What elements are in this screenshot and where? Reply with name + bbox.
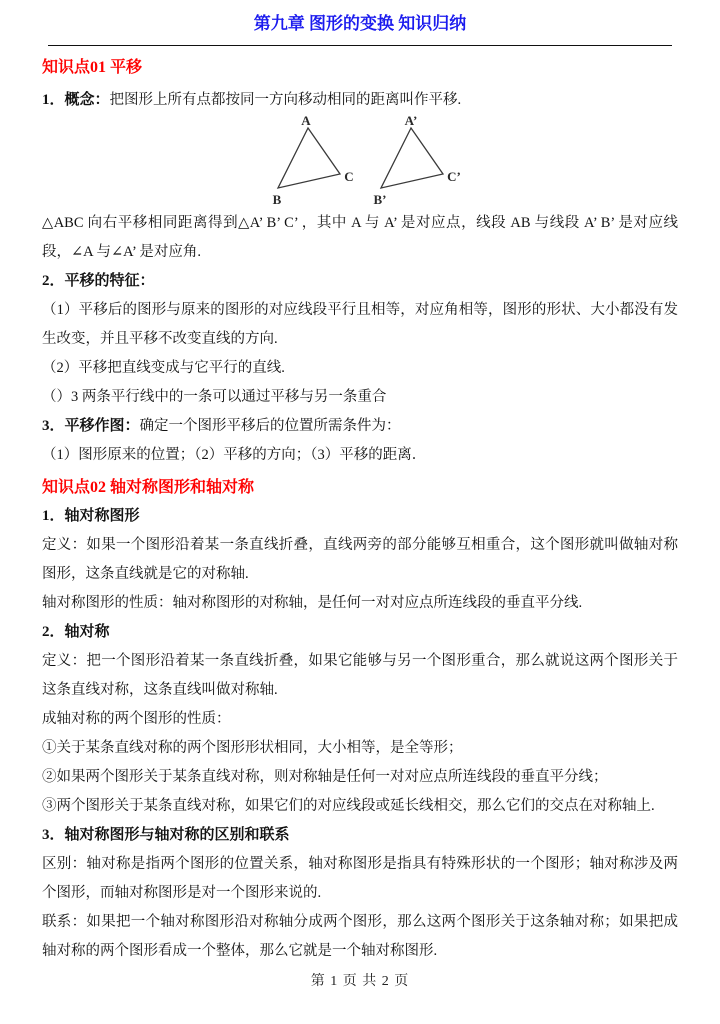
concept-text: 把图形上所有点都按同一方向移动相同的距离叫作平移. (110, 92, 462, 108)
triangles-figure: A B C A’ B’ C’ (253, 115, 467, 209)
vertex-label-a-prime: A’ (405, 115, 418, 128)
translation-example-paragraph: △ABC 向右平移相同距离得到△A’ B’ C’ ，其中 A 与 A’ 是对应点… (42, 209, 678, 267)
feature-item-2: （2）平移把直线变成与它平行的直线. (42, 354, 678, 383)
kp2-sub2-definition: 定义：把一个图形沿着某一条直线折叠，如果它能够与另一个图形重合，那么就说这两个图… (42, 647, 678, 705)
translation-diagram: A B C A’ B’ C’ (42, 115, 678, 209)
drawing-conditions: （1）图形原来的位置；（2）平移的方向；（3）平移的距离． (42, 441, 678, 470)
kp2-sub3-link: 联系：如果把一个轴对称图形沿对称轴分成两个图形，那么这两个图形关于这条轴对称；如… (42, 908, 678, 966)
kp2-sub2-prop-1: ①关于某条直线对称的两个图形形状相同，大小相等，是全等形； (42, 734, 678, 763)
triangle-a1b1c1 (381, 128, 443, 188)
concept-label: 1．概念： (42, 92, 110, 108)
kp2-sub1-definition: 定义：如果一个图形沿着某一条直线折叠，直线两旁的部分能够互相重合，这个图形就叫做… (42, 531, 678, 589)
vertex-label-b: B (273, 192, 282, 207)
kp2-sub3-title: 3．轴对称图形与轴对称的区别和联系 (42, 821, 678, 850)
feature-item-1: （1）平移后的图形与原来的图形的对应线段平行且相等，对应角相等，图形的形状、大小… (42, 296, 678, 354)
title-divider (48, 45, 672, 46)
triangle-abc (278, 128, 340, 188)
kp2-sub2-props-intro: 成轴对称的两个图形的性质： (42, 705, 678, 734)
kp2-sub2-title: 2．轴对称 (42, 618, 678, 647)
drawing-text: 确定一个图形平移后的位置所需条件为： (140, 418, 401, 434)
kp2-sub1-property: 轴对称图形的性质：轴对称图形的对称轴，是任何一对对应点所连线段的垂直平分线. (42, 589, 678, 618)
drawing-label: 3．平移作图： (42, 418, 140, 434)
vertex-label-c: C (344, 169, 353, 184)
page-title: 第九章 图形的变换 知识归纳 (0, 0, 720, 36)
kp2-sub2-prop-2: ②如果两个图形关于某条直线对称，则对称轴是任何一对对应点所连线段的垂直平分线； (42, 763, 678, 792)
kp2-sub1-title: 1．轴对称图形 (42, 502, 678, 531)
kp2-sub3-difference: 区别：轴对称是指两个图形的位置关系，轴对称图形是指具有特殊形状的一个图形；轴对称… (42, 850, 678, 908)
section-heading-kp02: 知识点02 轴对称图形和轴对称 (42, 474, 678, 502)
document-body: 知识点01 平移 1．概念：把图形上所有点都按同一方向移动相同的距离叫作平移. … (0, 57, 720, 966)
feature-heading: 2．平移的特征： (42, 267, 678, 296)
vertex-label-c-prime: C’ (447, 169, 461, 184)
kp2-sub2-prop-3: ③两个图形关于某条直线对称，如果它们的对应线段或延长线相交，那么它们的交点在对称… (42, 792, 678, 821)
page-number-footer: 第 1 页 共 2 页 (0, 970, 720, 990)
drawing-paragraph: 3．平移作图：确定一个图形平移后的位置所需条件为： (42, 412, 678, 441)
feature-item-3: （）3 两条平行线中的一条可以通过平移与另一条重合 (42, 383, 678, 412)
vertex-label-b-prime: B’ (374, 192, 387, 207)
concept-paragraph: 1．概念：把图形上所有点都按同一方向移动相同的距离叫作平移. (42, 86, 678, 115)
document-page: 第九章 图形的变换 知识归纳 知识点01 平移 1．概念：把图形上所有点都按同一… (0, 0, 720, 1024)
section-heading-kp01: 知识点01 平移 (42, 57, 678, 79)
vertex-label-a: A (301, 115, 311, 128)
